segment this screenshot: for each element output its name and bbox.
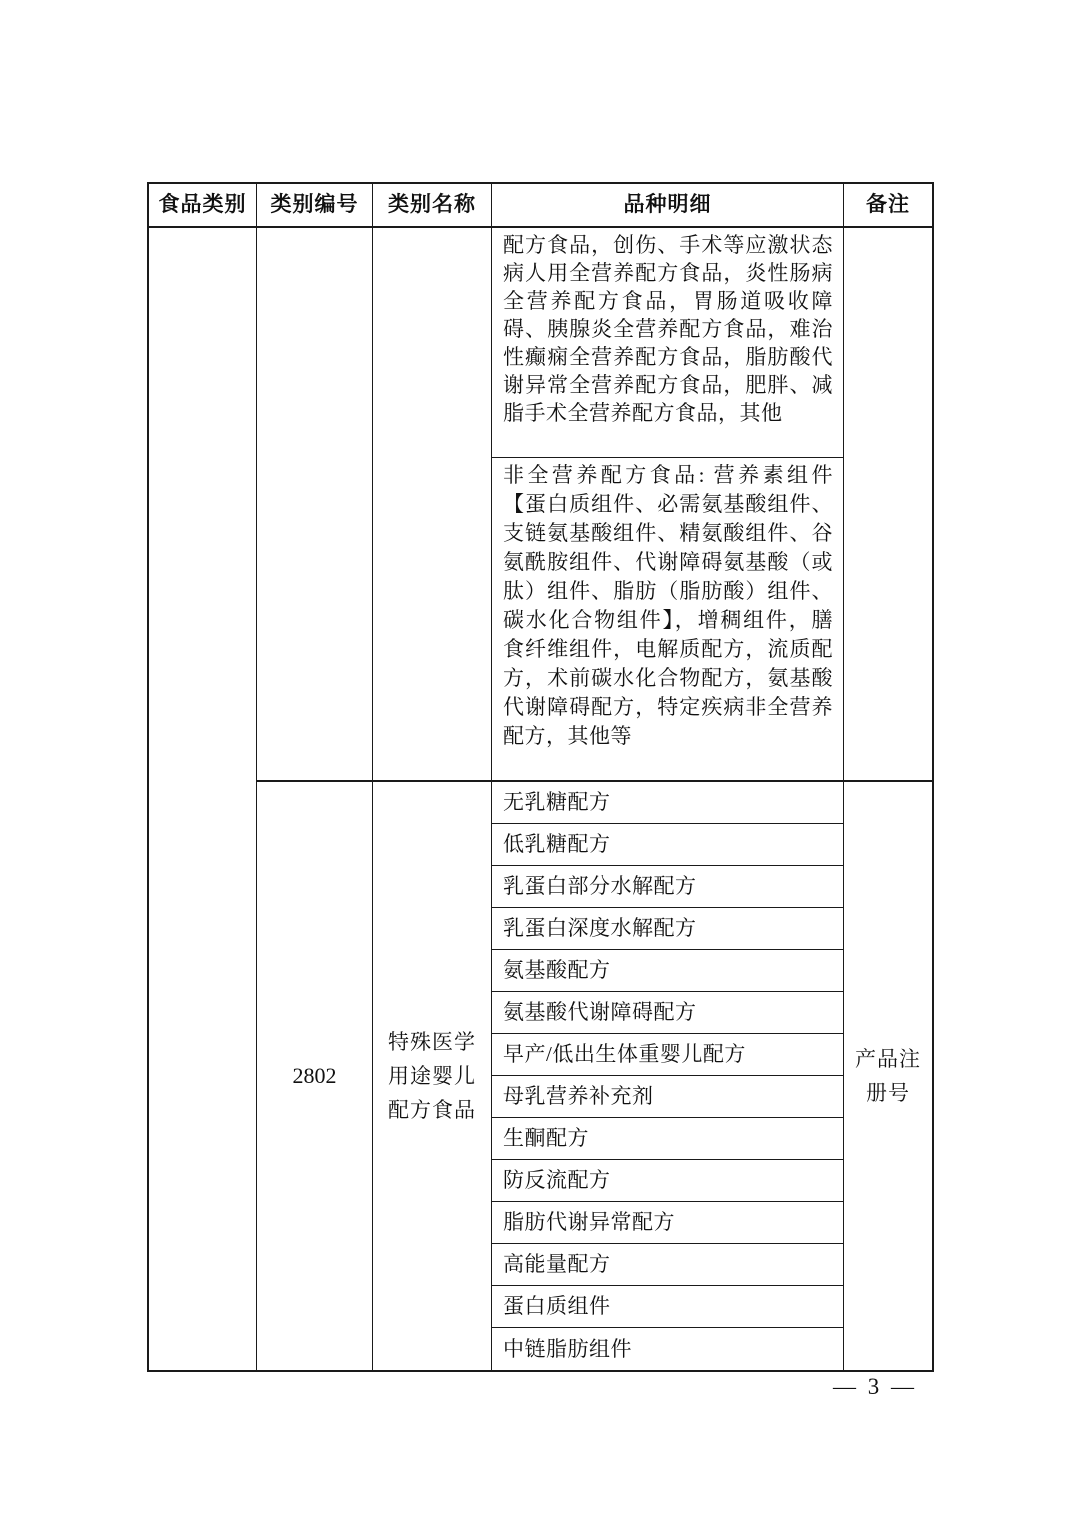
header-remark: 备注: [844, 184, 932, 228]
remark-line: 产品注: [855, 1042, 921, 1076]
cont-category-code-cell: [257, 228, 373, 782]
header-category-code: 类别编号: [257, 184, 373, 228]
header-variety-detail: 品种明细: [492, 184, 844, 228]
variety-item-row: 无乳糖配方: [492, 782, 844, 824]
variety-item-row: 蛋白质组件: [492, 1286, 844, 1328]
variety-item-row: 乳蛋白深度水解配方: [492, 908, 844, 950]
category-name-line: 配方食品: [388, 1093, 476, 1127]
page-number: — 3 —: [833, 1374, 917, 1400]
variety-item-row: 中链脂肪组件: [492, 1328, 844, 1370]
variety-item-row: 母乳营养补充剂: [492, 1076, 844, 1118]
variety-item-row: 高能量配方: [492, 1244, 844, 1286]
cont-remark-cell: [844, 228, 932, 782]
variety-item-row: 氨基酸配方: [492, 950, 844, 992]
variety-item-row: 低乳糖配方: [492, 824, 844, 866]
variety-item-row: 氨基酸代谢障碍配方: [492, 992, 844, 1034]
variety-item-row: 生酮配方: [492, 1118, 844, 1160]
food-category-cell: [149, 228, 257, 1370]
variety-item-row: 脂肪代谢异常配方: [492, 1202, 844, 1244]
variety-item-row: 乳蛋白部分水解配方: [492, 866, 844, 908]
variety-paragraph-2: 非全营养配方食品: 营养素组件【蛋白质组件、必需氨基酸组件、支链氨基酸组件、精氨…: [492, 458, 844, 782]
variety-paragraph-1: 配方食品，创伤、手术等应激状态病人用全营养配方食品，炎性肠病全营养配方食品，胃肠…: [492, 228, 844, 458]
category-name-line: 用途婴儿: [388, 1059, 476, 1093]
food-category-table: 食品类别 类别编号 类别名称 品种明细 备注 配方食品，创伤、手术等应激状态病人…: [147, 182, 934, 1372]
variety-item-row: 早产/低出生体重婴儿配方: [492, 1034, 844, 1076]
category-name-cell: 特殊医学 用途婴儿 配方食品: [373, 782, 492, 1370]
category-code-cell: 2802: [257, 782, 373, 1370]
header-food-category: 食品类别: [149, 184, 257, 228]
remark-line: 册号: [866, 1076, 910, 1110]
category-name-line: 特殊医学: [388, 1025, 476, 1059]
document-page: 食品类别 类别编号 类别名称 品种明细 备注 配方食品，创伤、手术等应激状态病人…: [0, 0, 1080, 1527]
variety-item-row: 防反流配方: [492, 1160, 844, 1202]
cont-category-name-cell: [373, 228, 492, 782]
remark-cell: 产品注 册号: [844, 782, 932, 1370]
header-category-name: 类别名称: [373, 184, 492, 228]
